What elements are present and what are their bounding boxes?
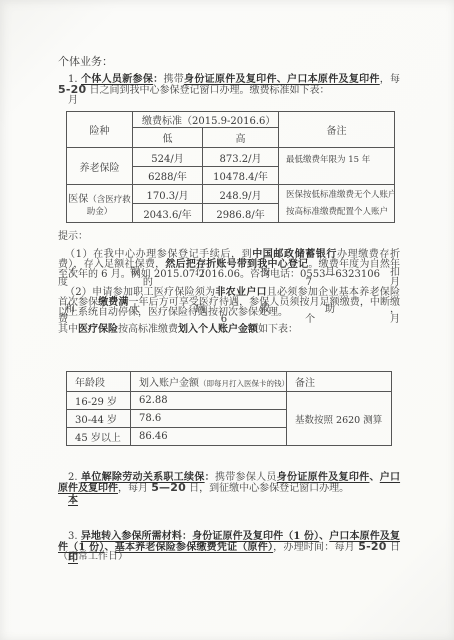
medical-low-month: 170.3/月	[133, 185, 203, 204]
medical-label: 医保（含医疗救助金）	[67, 185, 133, 223]
age-range: 45 岁以上	[67, 428, 131, 446]
medical-note: 医保按低标准缴费无个人账户 按高标准缴费配置个人账户	[279, 185, 395, 223]
document-heading: 个体业务：	[58, 53, 400, 69]
section-3-line-1: 3. 异地转入参保所需材料：身份证原件及复印件（1 份）、户口本原件及复印	[58, 526, 400, 536]
medical-label-sub: （含医疗救助金）	[87, 195, 131, 217]
age-range: 16-29 岁	[67, 392, 131, 410]
account-amount-table: 年龄段 划入账户金额（即每月打入医保卡的钱） 备注 16-29 岁 62.88 …	[66, 371, 392, 446]
tip-1-line-1: （1）在我中心办理参保登记手续后，到中国邮政储蓄银行办理缴费存折（银行按月扣	[58, 246, 400, 256]
medical-high-year: 2986.8/年	[203, 204, 279, 223]
medical-high-month: 248.9/月	[203, 185, 279, 204]
tip-1-line-3: 至次年的 6 月。例如 2015.07-2016.06。咨询电话：0553—63…	[58, 266, 400, 284]
tips-title: 提示：	[58, 228, 400, 246]
medical-note-line-2: 按高标准缴费配置个人账户	[286, 204, 394, 221]
pension-note: 最低缴费年限为 15 年	[279, 148, 395, 185]
pension-low-year: 6288/年	[133, 167, 203, 185]
amount-value: 62.88	[131, 392, 287, 410]
pension-high-year: 10478.4/年	[203, 167, 279, 185]
base-note: 基数按照 2620 测算	[287, 392, 392, 446]
tip-1-line-2: 费），存入足额社保费，然后把存折账号带到我中心登记。缴费年度为自然年度的 7 月	[58, 256, 400, 266]
col-header-age: 年龄段	[67, 372, 131, 392]
col-header-amount: 划入账户金额（即每月打入医保卡的钱）	[131, 372, 287, 392]
col-header-low: 低	[133, 128, 203, 148]
col-header-note: 备注	[279, 112, 395, 148]
col-header-insurance-type: 险种	[67, 112, 133, 148]
table-row: 16-29 岁 62.88 基数按照 2620 测算	[67, 392, 392, 410]
medical-note-line-1: 医保按低标准缴费无个人账户	[286, 187, 394, 204]
amount-value: 78.6	[131, 410, 287, 428]
section-1-line-1: 1. 个体人员新参保：携带身份证原件及复印件、户口本原件及复印件，每月	[58, 70, 400, 80]
tips-block: 提示： （1）在我中心办理参保登记手续后，到中国邮政储蓄银行办理缴费存折（银行按…	[58, 228, 400, 339]
scanned-document-page: 个体业务： 1. 个体人员新参保：携带身份证原件及复印件、户口本原件及复印件，每…	[0, 0, 454, 640]
section-3: 3. 异地转入参保所需材料：身份证原件及复印件（1 份）、户口本原件及复印 件（…	[58, 526, 400, 568]
pension-label: 养老保险	[67, 148, 133, 185]
section-3-line-2: 件（1 份）、基本养老保险参保缴费凭证（原件），办理时间：每月 5-20 日	[58, 536, 400, 546]
section-2-line-2: 原件及复印件，每月 5—20 日，到征缴中心参保登记窗口办理。	[58, 476, 400, 500]
tip-2-line-2: 首次参保缴费满一年后方可享受医疗待遇，参保人员须按月足额缴费，中断缴费 6 个月	[58, 294, 400, 304]
section-2: 2. 单位解除劳动关系职工续保：携带参保人员身份证原件及复印件、户口本 原件及复…	[58, 466, 400, 500]
col-header-amount-sub: （即每月打入医保卡的钱）	[199, 379, 287, 388]
section-1: 1. 个体人员新参保：携带身份证原件及复印件、户口本原件及复印件，每月 5-20…	[58, 70, 400, 102]
section-2-line-1: 2. 单位解除劳动关系职工续保：携带参保人员身份证原件及复印件、户口本	[58, 466, 400, 476]
tip-2-line-1: （2）申请参加职工医疗保险须为非农业户口且必须参加企业基本养老保险和大病救助，	[58, 284, 400, 294]
pension-high-month: 873.2/月	[203, 148, 279, 167]
col-header-fee-standard: 缴费标准（2015.9-2016.6）	[133, 112, 279, 128]
medical-low-year: 2043.6/年	[133, 204, 203, 223]
fee-standard-table: 险种 缴费标准（2015.9-2016.6） 备注 低 高 养老保险 524/月…	[66, 111, 395, 223]
age-range: 30-44 岁	[67, 410, 131, 428]
col-header-note-2: 备注	[287, 372, 392, 392]
pension-low-month: 524/月	[133, 148, 203, 167]
col-header-high: 高	[203, 128, 279, 148]
amount-value: 86.46	[131, 428, 287, 446]
